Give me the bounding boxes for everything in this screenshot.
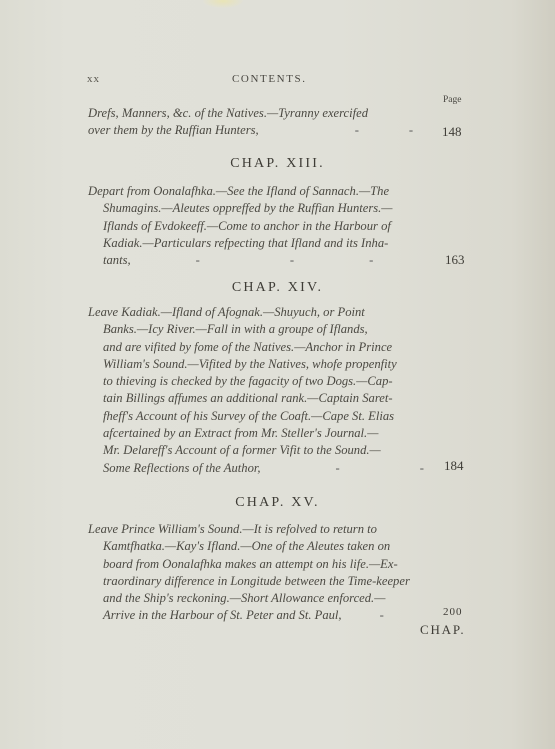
entry-line: board from Oonalafhka makes an attempt o… <box>88 556 466 573</box>
entry-line: Iflands of Evdokeeff.—Come to anchor in … <box>88 218 466 235</box>
chapter-heading-xiii: CHAP. XIII. <box>0 156 555 172</box>
entry-line-text: Arrive in the Harbour of St. Peter and S… <box>103 607 342 624</box>
entry-line-text: over them by the Ruffian Hunters, <box>88 122 259 139</box>
entry-line-last: Some Reflections of the Author, - - <box>88 460 466 477</box>
entry-line: and the Ship's reckoning.—Short Allowanc… <box>88 590 466 607</box>
folio-number: xx <box>87 73 100 85</box>
running-header: xx CONTENTS. <box>87 73 495 89</box>
page-number: 200 <box>443 606 463 618</box>
entry-line: William's Sound.—Vifited by the Natives,… <box>88 356 466 373</box>
entry-line: Shumagins.—Aleutes oppreffed by the Ruff… <box>88 200 466 217</box>
entry-line: Mr. Delareff's Account of a former Vifit… <box>88 442 466 459</box>
leader-dash: - <box>369 252 373 269</box>
toc-entry-chap-xiii: Depart from Oonalafhka.—See the Ifland o… <box>88 183 466 269</box>
entry-line-text: Some Reflections of the Author, <box>103 460 261 477</box>
entry-line-last: tants, - - - <box>88 252 466 269</box>
entry-line-last: Arrive in the Harbour of St. Peter and S… <box>88 607 466 624</box>
toc-entry-chap-xiv: Leave Kadiak.—Ifland of Afognak.—Shuyuch… <box>88 304 466 477</box>
entry-line: tain Billings affumes an additional rank… <box>88 390 466 407</box>
toc-entry-continuation: Drefs, Manners, &c. of the Natives.—Tyra… <box>88 105 466 140</box>
entry-line: Depart from Oonalafhka.—See the Ifland o… <box>88 183 466 200</box>
toc-entry-chap-xv: Leave Prince William's Sound.—It is refo… <box>88 521 466 625</box>
entry-line: to thieving is checked by the fagacity o… <box>88 373 466 390</box>
leader-dash: - <box>380 607 384 624</box>
entry-line: Leave Prince William's Sound.—It is refo… <box>88 521 466 538</box>
paper-stain <box>203 0 243 8</box>
page-number: 148 <box>442 124 462 140</box>
leader-dash: - <box>290 252 294 269</box>
entry-line: Drefs, Manners, &c. of the Natives.—Tyra… <box>88 105 466 122</box>
entry-line-last: over them by the Ruffian Hunters, - - <box>88 122 466 139</box>
entry-line: Leave Kadiak.—Ifland of Afognak.—Shuyuch… <box>88 304 466 321</box>
entry-line: and are vifited by fome of the Natives.—… <box>88 339 466 356</box>
entry-line: Kamtfhatka.—Kay's Ifland.—One of the Ale… <box>88 538 466 555</box>
entry-line: Kadiak.—Particulars refpecting that Ifla… <box>88 235 466 252</box>
page-number: 163 <box>445 252 465 268</box>
catchword: CHAP. <box>420 622 466 638</box>
leader-dash: - <box>409 122 413 139</box>
entry-line: Banks.—Icy River.—Fall in with a groupe … <box>88 321 466 338</box>
page-column-label: Page <box>443 95 461 105</box>
chapter-heading-xiv: CHAP. XIV. <box>0 280 555 296</box>
entry-line-text: tants, <box>103 252 131 269</box>
page-number: 184 <box>444 458 464 474</box>
leader-dash: - <box>336 460 340 477</box>
chapter-heading-xv: CHAP. XV. <box>0 495 555 511</box>
leader-dash: - <box>196 252 200 269</box>
running-title: CONTENTS. <box>232 73 307 85</box>
leader-dash: - <box>420 460 424 477</box>
entry-line: traordinary difference in Longitude betw… <box>88 573 466 590</box>
entry-line: fheff's Account of his Survey of the Coa… <box>88 408 466 425</box>
entry-line: afcertained by an Extract from Mr. Stell… <box>88 425 466 442</box>
leader-dash: - <box>355 122 359 139</box>
